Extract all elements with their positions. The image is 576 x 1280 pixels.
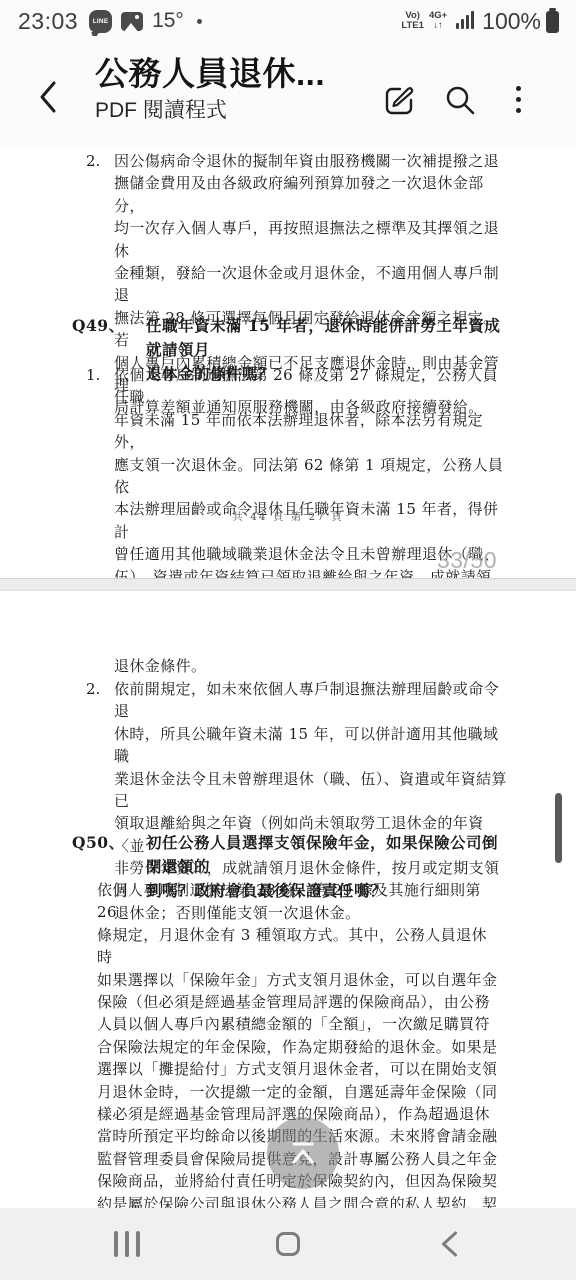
scroll-to-top-icon [288,1139,318,1167]
compose-icon [383,82,417,116]
search-button[interactable] [440,80,480,120]
battery-icon [546,11,559,33]
gallery-notification-icon [121,12,143,31]
page-indicator: 33/50 [437,547,497,574]
status-bar: 23:03 LINE 15° Vo) LTE1 4G+ ↓↑ 100% [0,0,576,42]
pdf-page-27: 2. 因公傷病命令退休的擬制年資由服務機關一次補提撥之退 撫儲金費用及由各級政府… [0,148,576,578]
item-number: 2. [86,678,100,700]
status-bar-right: Vo) LTE1 4G+ ↓↑ 100% [401,8,559,35]
recent-apps-button[interactable] [79,1208,175,1280]
item-number: 1. [86,364,100,386]
page-footer-text: 共 44 頁 第 27 頁 [0,509,576,524]
document-title: 公務人員退休... [95,54,325,94]
home-button[interactable] [240,1208,336,1280]
search-icon [444,84,476,116]
app-name-subtitle: PDF 閱讀程式 [95,98,325,124]
network-type-indicator: 4G+ ↓↑ [429,11,447,31]
pdf-scroll-area[interactable]: 2. 因公傷病命令退休的擬制年資由服務機關一次補提撥之退 撫儲金費用及由各級政府… [0,148,576,1208]
page-separator [0,578,576,591]
network-arrows-icon: ↓↑ [433,21,443,31]
battery-percent-text: 100% [482,8,541,35]
continuation-line: 退休金條件。 [114,655,206,677]
notification-dot-icon [197,19,202,24]
app-header: 公務人員退休... PDF 閱讀程式 [0,42,576,148]
temperature-text: 15° [152,9,184,33]
scrollbar-thumb[interactable] [555,793,562,863]
pdf-page-28: 退休金條件。 2. 依前開規定，如未來依個人專戶制退撫法辦理屆齡或命令退 休時，… [0,591,576,1208]
kebab-menu-icon [516,83,521,116]
recents-icon [110,1231,143,1257]
home-icon [276,1232,300,1256]
overflow-menu-button[interactable] [498,78,538,120]
volte-bottom-text: LTE1 [401,21,424,31]
question-label: Q50、 [72,831,125,855]
navigation-bar [0,1208,576,1280]
clock-text: 23:03 [18,8,78,35]
header-titles: 公務人員退休... PDF 閱讀程式 [95,54,325,124]
nav-back-icon [440,1230,459,1258]
volte-indicator: Vo) LTE1 [401,11,424,31]
question-label: Q49、 [72,314,125,338]
item-number: 2. [86,150,100,172]
signal-strength-icon [454,11,474,29]
edit-button[interactable] [379,78,421,120]
nav-back-button[interactable] [401,1208,497,1280]
line-app-icon: LINE [89,10,112,33]
phone-screen: { "colors": { "chrome_bg": "#fbfbfb", "p… [0,0,576,1280]
answer-item-1: 1. 依個人專戶制退撫法第 26 條及第 27 條規定，公務人員任職 年資未滿 … [86,364,490,610]
back-button[interactable] [30,75,66,119]
scroll-to-top-button[interactable] [267,1117,339,1189]
back-chevron-icon [38,80,58,114]
